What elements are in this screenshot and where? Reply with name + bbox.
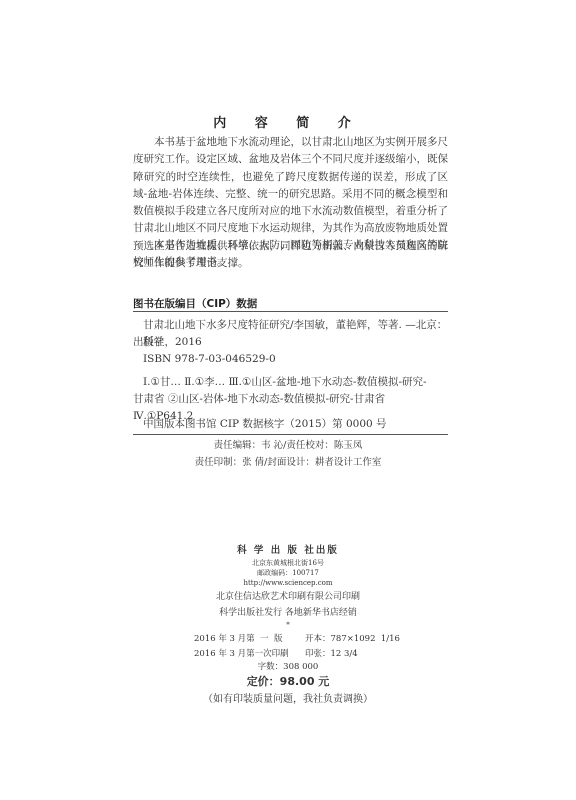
print-date: 2016 年 3 月第一次印刷 bbox=[194, 647, 289, 659]
publisher-website: http://www.sciencep.com bbox=[0, 578, 576, 588]
cip-subjects-line-1: Ⅰ.①甘… Ⅱ.①李… Ⅲ.①山区-盆地-地下水动态-数值模拟-研究- bbox=[133, 374, 448, 391]
cip-top-rule bbox=[133, 311, 448, 312]
summary-paragraph-2: 本书作为地质、环境、人防、国防等相关专业科技人员和高等院校师生的参考用书。 bbox=[133, 237, 448, 272]
publisher-postal-code: 邮政编码：100717 bbox=[0, 568, 576, 578]
summary-title: 内 容 简 介 bbox=[0, 112, 576, 131]
word-count: 字数：308 000 bbox=[0, 660, 576, 672]
publisher-address: 北京东黄城根北街16号 bbox=[0, 558, 576, 568]
publisher-name: 科 学 出 版 社出版 bbox=[0, 543, 576, 559]
edition-date: 2016 年 3 月第 一 版 bbox=[194, 632, 282, 644]
cip-entry-line-2: 出版社，2016 bbox=[133, 334, 448, 351]
cip-record-number: 中国版本图书馆 CIP 数据核字（2015）第 0000 号 bbox=[133, 416, 458, 433]
cip-header: 图书在版编目（CIP）数据 bbox=[133, 296, 257, 311]
distribution: 科学出版社发行 各地新华书店经销 bbox=[0, 605, 576, 621]
cip-bottom-rule bbox=[133, 434, 448, 435]
summary-paragraph-2-text: 本书作为地质、环境、人防、国防等相关专业科技人员和高等院校师生的参考用书。 bbox=[133, 239, 448, 268]
printer: 北京住信达欣艺术印刷有限公司印刷 bbox=[0, 589, 576, 605]
credits-line-2: 责任印制：张 倩/封面设计：耕者设计工作室 bbox=[0, 455, 576, 471]
format: 开本：787×1092 1/16 bbox=[305, 632, 400, 644]
quality-notice: （如有印装质量问题，我社负责调换） bbox=[0, 690, 576, 705]
credits-line-1: 责任编辑：韦 沁/责任校对：陈玉凤 bbox=[0, 438, 576, 454]
sheets: 印张：12 3/4 bbox=[305, 647, 358, 659]
cip-isbn: ISBN 978-7-03-046529-0 bbox=[133, 351, 458, 368]
price: 定价：98.00 元 bbox=[0, 673, 576, 689]
separator-star: * bbox=[0, 620, 576, 630]
